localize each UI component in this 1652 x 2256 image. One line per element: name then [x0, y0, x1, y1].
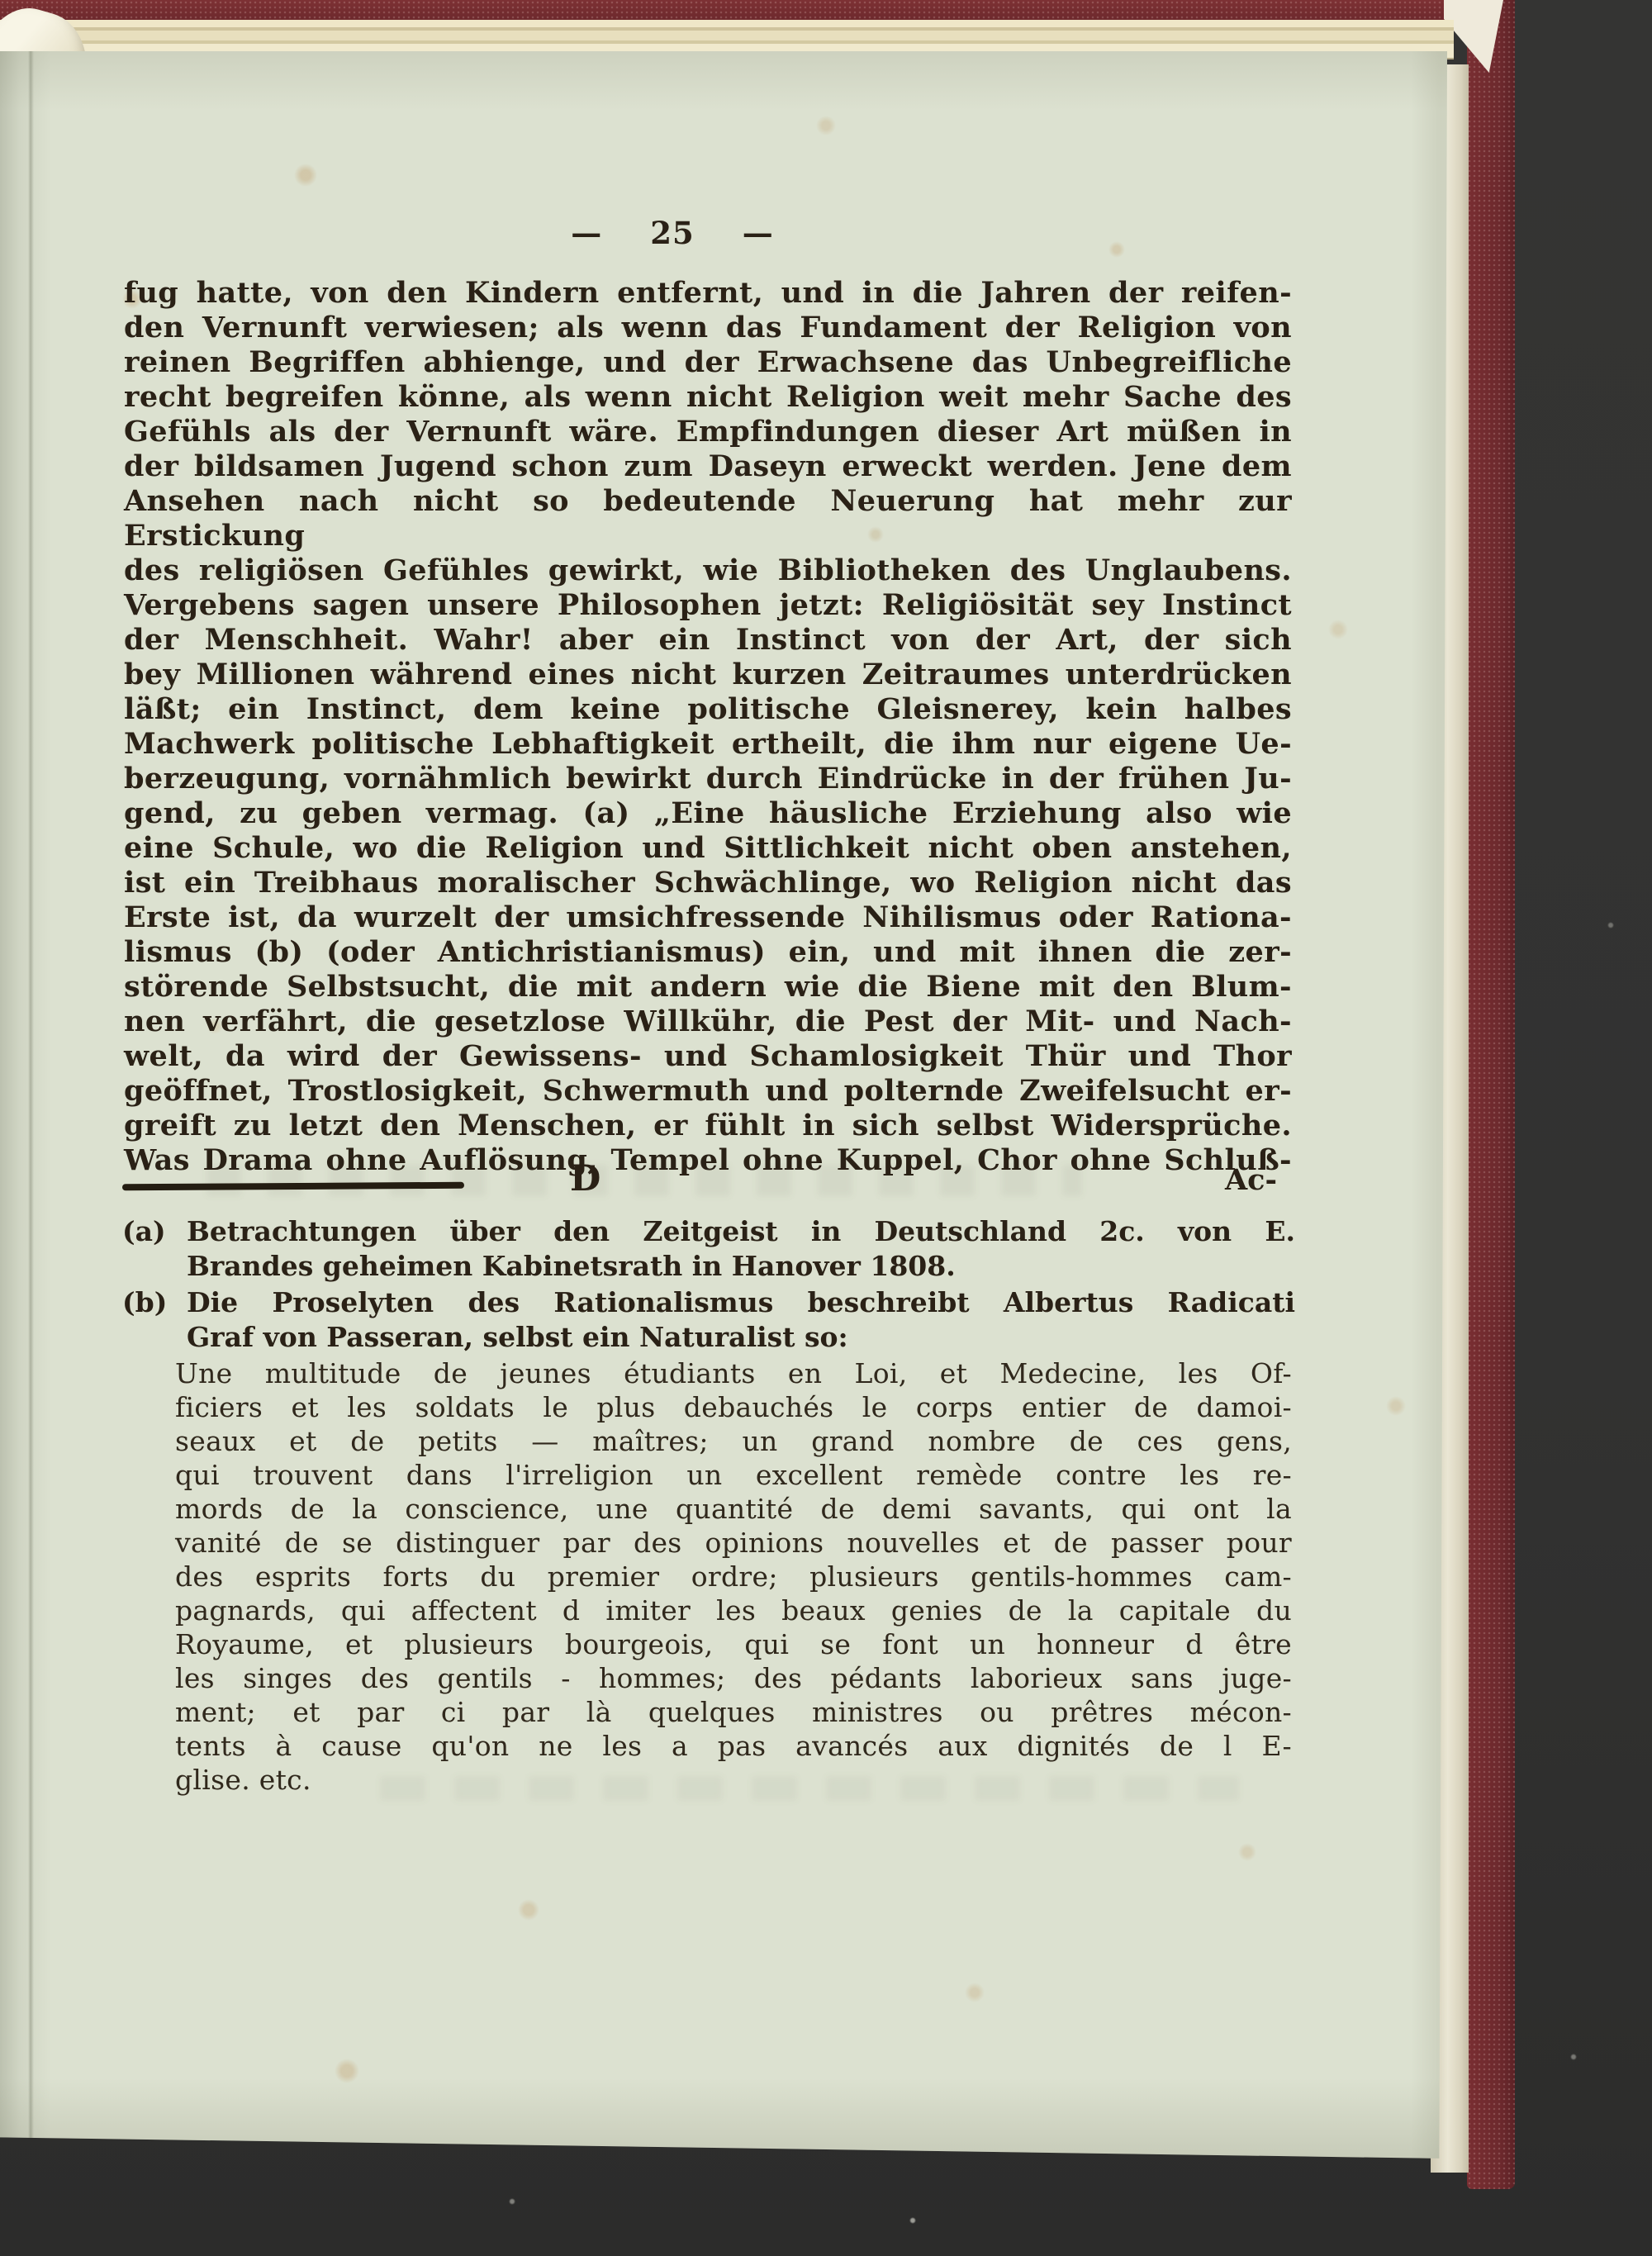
body-line: der bildsamen Jugend schon zum Daseyn er… — [124, 449, 1292, 484]
body-line: Gefühls als der Vernunft wäre. Empfindun… — [124, 415, 1292, 449]
book-photograph: — 25 — fug hatte, von den Kindern entfer… — [0, 0, 1652, 2256]
quote-line: Une multitude de jeunes étudiants en Loi… — [175, 1356, 1292, 1390]
french-quotation: Une multitude de jeunes étudiants en Loi… — [175, 1356, 1292, 1797]
body-line: recht begreifen könne, als wenn nicht Re… — [124, 380, 1292, 415]
body-line: des religiösen Gefühles gewirkt, wie Bib… — [124, 553, 1292, 588]
footnote-b: (b) Die Proselyten des Rationalismus bes… — [122, 1285, 1295, 1355]
quote-line: tents à cause qu'on ne les a pas avancés… — [175, 1729, 1292, 1763]
quote-line: pagnards, qui affectent d imiter les bea… — [175, 1593, 1292, 1627]
gathering-signature-mark: D — [570, 1158, 601, 1199]
body-line: reinen Begriffen abhienge, und der Erwac… — [124, 345, 1292, 380]
body-line: welt, da wird der Gewissens- und Schamlo… — [124, 1039, 1292, 1074]
quote-line: glise. etc. — [175, 1763, 1292, 1797]
footnote-line: Graf von Passeran, selbst ein Naturalist… — [187, 1320, 1295, 1355]
page-number-header: — 25 — — [0, 215, 1345, 251]
quote-line: qui trouvent dans l'irreligion un excell… — [175, 1458, 1292, 1492]
body-line: störende Selbstsucht, die mit andern wie… — [124, 970, 1292, 1005]
body-line: ist ein Treibhaus moralischer Schwächlin… — [124, 866, 1292, 900]
signature-row: D Ac- — [124, 1158, 1292, 1199]
body-line: nen verfährt, die gesetzlose Willkühr, d… — [124, 1005, 1292, 1039]
page-number: 25 — [650, 215, 695, 251]
body-line: Ansehen nach nicht so bedeutende Neuerun… — [124, 484, 1292, 553]
body-line: Erste ist, da wurzelt der umsichfressend… — [124, 900, 1292, 935]
header-dash-left: — — [571, 215, 602, 251]
body-line: berzeugung, vornähmlich bewirkt durch Ei… — [124, 762, 1292, 796]
footnote-line: Brandes geheimen Kabinetsrath in Hanover… — [187, 1249, 1295, 1284]
book-cover-right-edge — [1467, 0, 1515, 2189]
quote-line: ficiers et les soldats le plus debauchés… — [175, 1390, 1292, 1424]
footnote-b-marker: (b) — [122, 1285, 167, 1320]
body-line: den Vernunft verwiesen; als wenn das Fun… — [124, 311, 1292, 345]
body-text: fug hatte, von den Kindern entfernt, und… — [124, 276, 1292, 1178]
footnote-b-text: Die Proselyten des Rationalismus beschre… — [187, 1285, 1295, 1355]
footnote-a-text: Betrachtungen über den Zeitgeist in Deut… — [187, 1214, 1295, 1284]
body-line: gend, zu geben vermag. (a) „Eine häuslic… — [124, 796, 1292, 831]
footnote-a: (a) Betrachtungen über den Zeitgeist in … — [122, 1214, 1295, 1284]
footnote-a-marker: (a) — [122, 1214, 166, 1249]
quote-line: seaux et de petits — maîtres; un grand n… — [175, 1424, 1292, 1458]
body-line: eine Schule, wo die Religion und Sittlic… — [124, 831, 1292, 866]
quote-line: vanité de se distinguer par des opinions… — [175, 1526, 1292, 1560]
body-line: geöffnet, Trostlosigkeit, Schwermuth und… — [124, 1074, 1292, 1109]
quote-line: mords de la conscience, une quantité de … — [175, 1492, 1292, 1526]
body-line: Machwerk politische Lebhaftigkeit erthei… — [124, 727, 1292, 762]
body-line: fug hatte, von den Kindern entfernt, und… — [124, 276, 1292, 311]
body-line: läßt; ein Instinct, dem keine politische… — [124, 692, 1292, 727]
book-cover-top-edge — [0, 0, 1500, 22]
quote-line: Royaume, et plusieurs bourgeois, qui se … — [175, 1627, 1292, 1661]
body-line: der Menschheit. Wahr! aber ein Instinct … — [124, 623, 1292, 658]
body-line: greift zu letzt den Menschen, er fühlt i… — [124, 1109, 1292, 1143]
book-page: — 25 — fug hatte, von den Kindern entfer… — [0, 51, 1447, 2163]
footnote-line: Die Proselyten des Rationalismus beschre… — [187, 1285, 1295, 1320]
quote-line: ment; et par ci par là quelques ministre… — [175, 1695, 1292, 1729]
body-line: Vergebens sagen unsere Philosophen jetzt… — [124, 588, 1292, 623]
quote-line: les singes des gentils - hommes; des péd… — [175, 1661, 1292, 1695]
footnote-line: Betrachtungen über den Zeitgeist in Deut… — [187, 1214, 1295, 1249]
quote-line: des esprits forts du premier ordre; plus… — [175, 1560, 1292, 1593]
header-dash-right: — — [743, 215, 774, 251]
catchword: Ac- — [1225, 1163, 1277, 1197]
body-line: lismus (b) (oder Antichristianismus) ein… — [124, 935, 1292, 970]
body-line: bey Millionen während eines nicht kurzen… — [124, 658, 1292, 692]
